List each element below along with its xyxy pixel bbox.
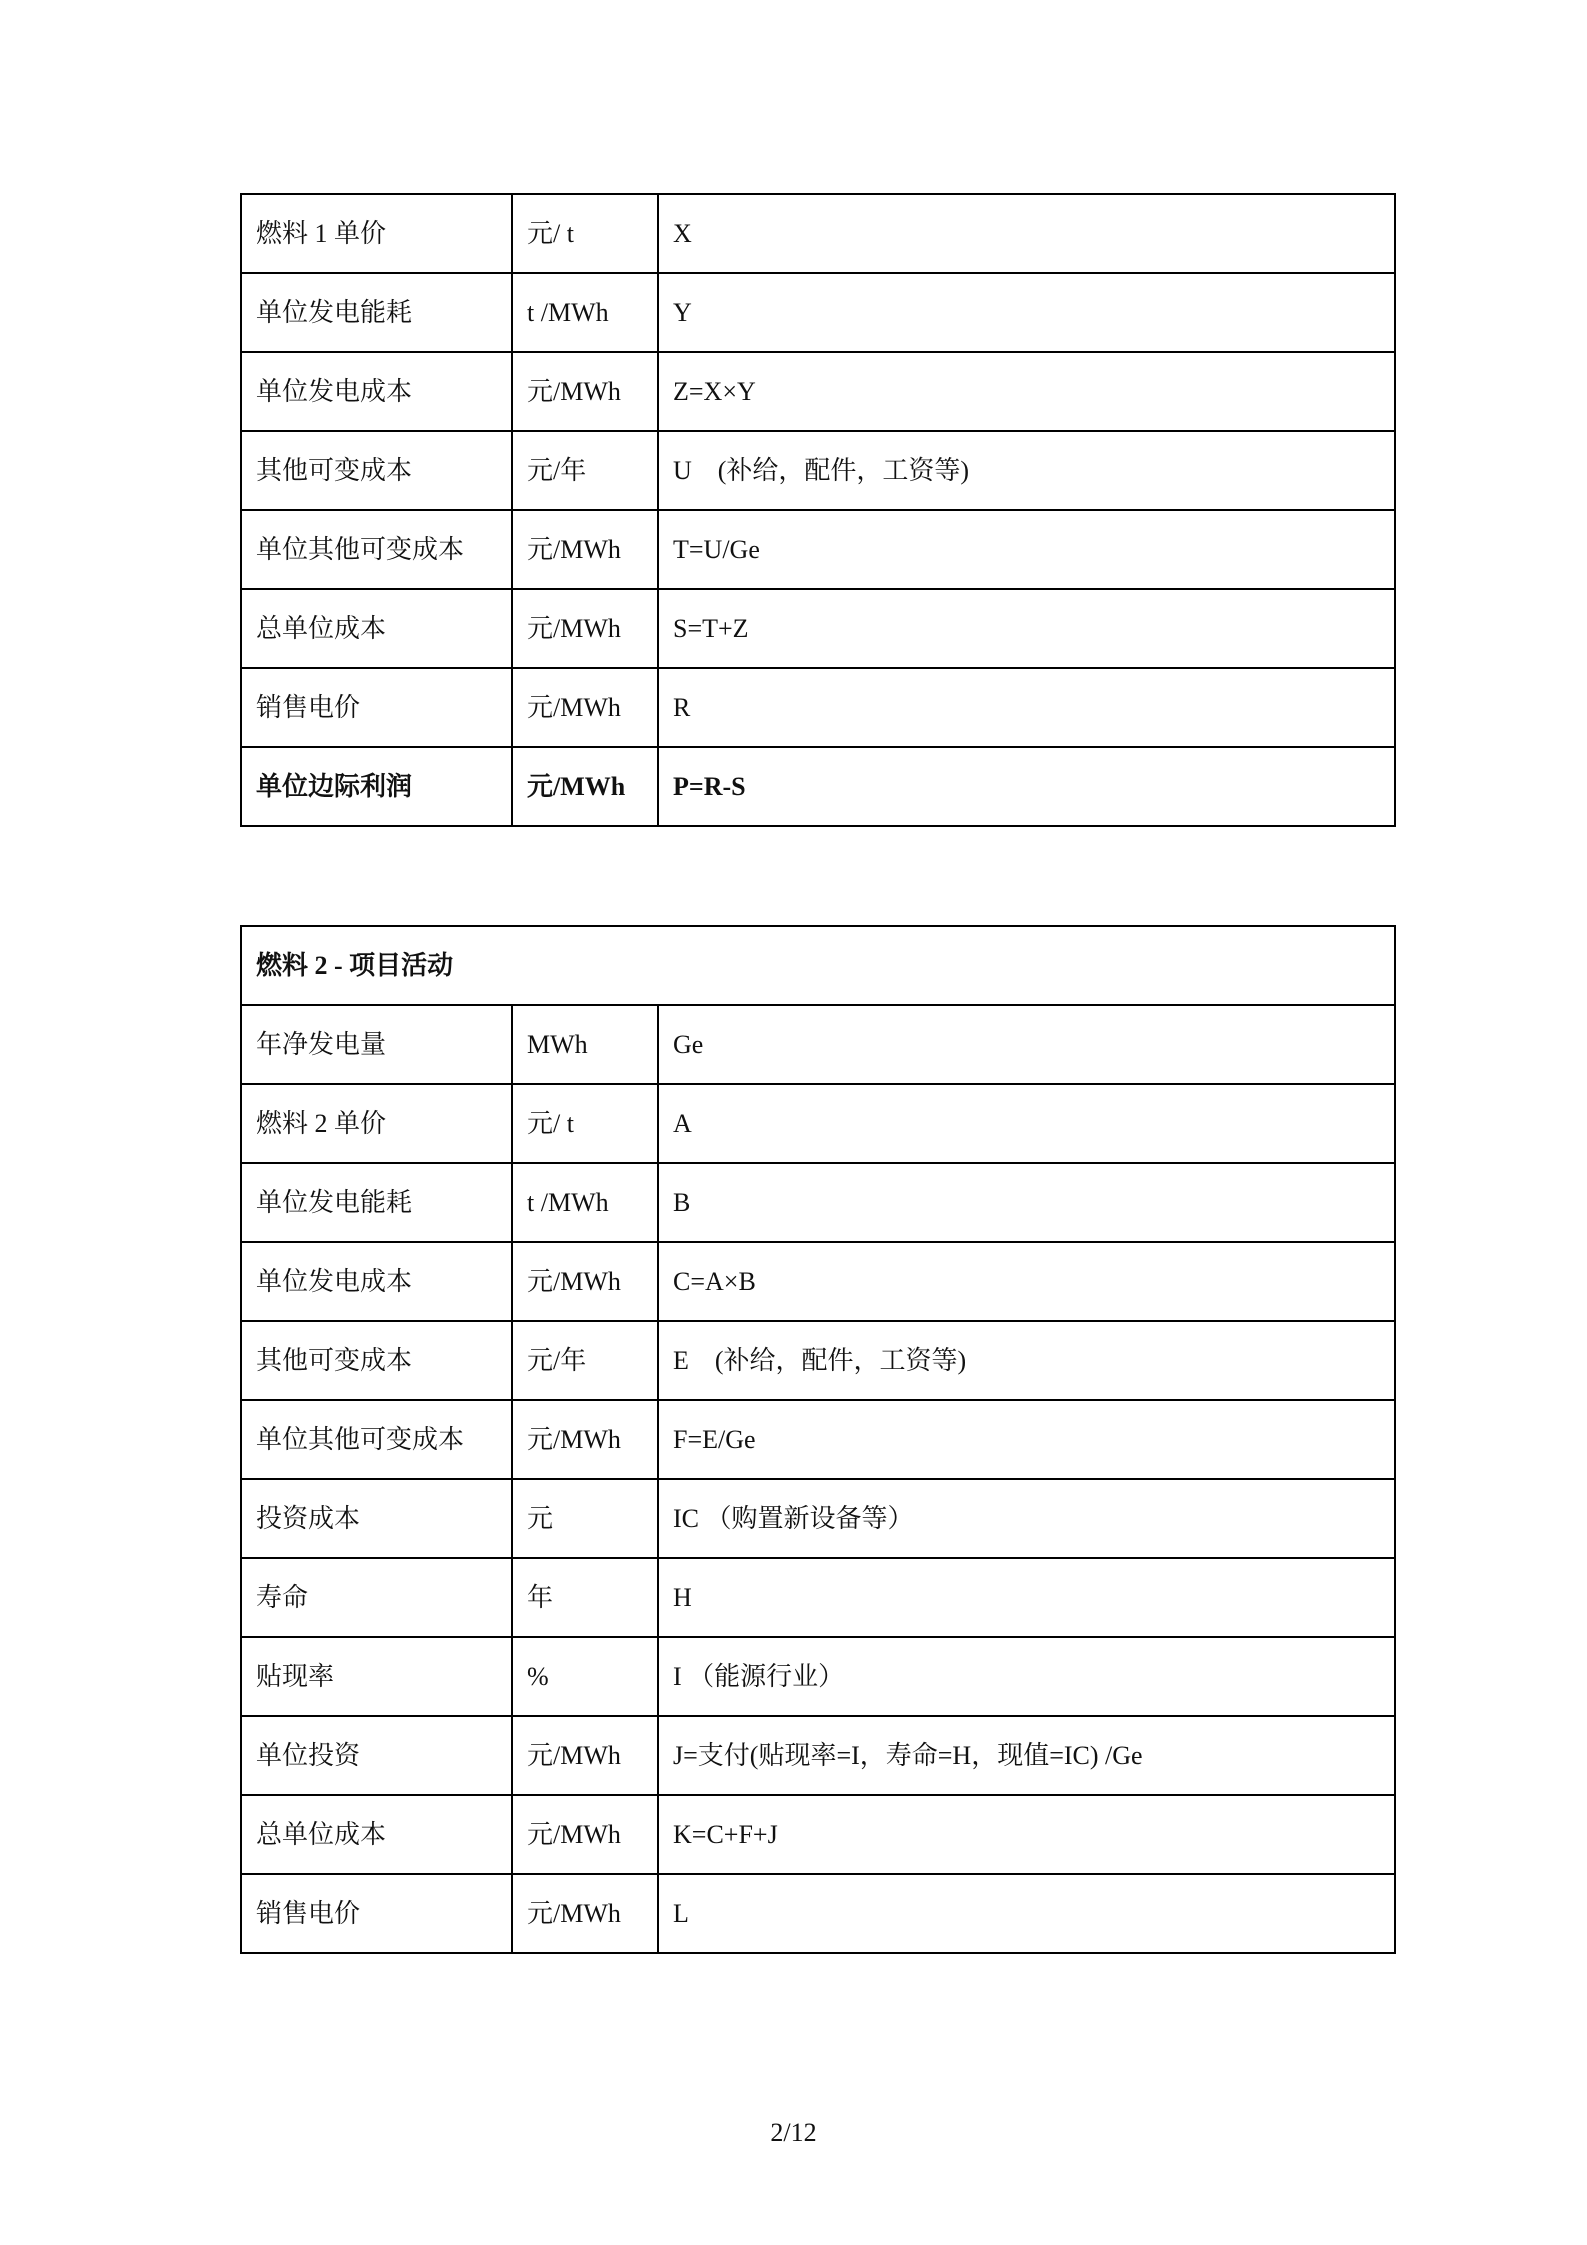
- table-row-marginal-profit: 单位边际利润 元/MWh P=R-S: [241, 747, 1395, 826]
- table-row: 单位发电能耗 t /MWh Y: [241, 273, 1395, 352]
- table-row: 总单位成本 元/MWh S=T+Z: [241, 589, 1395, 668]
- value-cell: H: [658, 1558, 1395, 1637]
- table-row: 销售电价 元/MWh R: [241, 668, 1395, 747]
- item-cell: 年净发电量: [241, 1005, 512, 1084]
- unit-cell: 元/年: [512, 431, 658, 510]
- page-number: 2/12: [0, 2117, 1587, 2149]
- value-cell: C=A×B: [658, 1242, 1395, 1321]
- table-row: 其他可变成本 元/年 E (补给，配件，工资等): [241, 1321, 1395, 1400]
- table-row: 单位其他可变成本 元/MWh T=U/Ge: [241, 510, 1395, 589]
- item-cell: 单位投资: [241, 1716, 512, 1795]
- unit-cell: 元/MWh: [512, 1242, 658, 1321]
- unit-cell: 元/MWh: [512, 668, 658, 747]
- item-cell: 寿命: [241, 1558, 512, 1637]
- item-cell: 燃料 1 单价: [241, 194, 512, 273]
- item-cell: 单位其他可变成本: [241, 1400, 512, 1479]
- value-cell: Y: [658, 273, 1395, 352]
- item-cell: 总单位成本: [241, 589, 512, 668]
- unit-cell: 元/MWh: [512, 589, 658, 668]
- value-cell: Z=X×Y: [658, 352, 1395, 431]
- value-cell: P=R-S: [658, 747, 1395, 826]
- item-cell: 总单位成本: [241, 1795, 512, 1874]
- item-cell: 销售电价: [241, 1874, 512, 1953]
- table-row: 单位投资 元/MWh J=支付(贴现率=I，寿命=H，现值=IC) /Ge: [241, 1716, 1395, 1795]
- table-row: 单位发电能耗 t /MWh B: [241, 1163, 1395, 1242]
- unit-cell: 元/MWh: [512, 352, 658, 431]
- value-cell: T=U/Ge: [658, 510, 1395, 589]
- table-row: 投资成本 元 IC （购置新设备等）: [241, 1479, 1395, 1558]
- unit-cell: t /MWh: [512, 273, 658, 352]
- table-header-row: 燃料 2 - 项目活动: [241, 926, 1395, 1005]
- item-cell: 其他可变成本: [241, 1321, 512, 1400]
- item-cell: 单位发电能耗: [241, 273, 512, 352]
- table-row: 贴现率 % I （能源行业）: [241, 1637, 1395, 1716]
- value-cell: R: [658, 668, 1395, 747]
- table-row: 单位发电成本 元/MWh Z=X×Y: [241, 352, 1395, 431]
- item-cell: 贴现率: [241, 1637, 512, 1716]
- item-cell: 燃料 2 单价: [241, 1084, 512, 1163]
- unit-cell: 元/年: [512, 1321, 658, 1400]
- value-cell: L: [658, 1874, 1395, 1953]
- value-cell: E (补给，配件，工资等): [658, 1321, 1395, 1400]
- unit-cell: t /MWh: [512, 1163, 658, 1242]
- unit-cell: 元: [512, 1479, 658, 1558]
- value-cell: IC （购置新设备等）: [658, 1479, 1395, 1558]
- table-row: 燃料 1 单价 元/ t X: [241, 194, 1395, 273]
- item-cell: 单位发电成本: [241, 1242, 512, 1321]
- value-cell: F=E/Ge: [658, 1400, 1395, 1479]
- item-cell: 销售电价: [241, 668, 512, 747]
- section-header: 燃料 2 - 项目活动: [241, 926, 1395, 1005]
- unit-cell: 元/MWh: [512, 510, 658, 589]
- value-cell: A: [658, 1084, 1395, 1163]
- unit-cell: 元/ t: [512, 194, 658, 273]
- table-row: 寿命 年 H: [241, 1558, 1395, 1637]
- table-row: 其他可变成本 元/年 U (补给，配件，工资等): [241, 431, 1395, 510]
- unit-cell: 年: [512, 1558, 658, 1637]
- fuel2-project-activity-table: 燃料 2 - 项目活动 年净发电量 MWh Ge 燃料 2 单价 元/ t A …: [240, 925, 1396, 1954]
- value-cell: I （能源行业）: [658, 1637, 1395, 1716]
- table-row: 燃料 2 单价 元/ t A: [241, 1084, 1395, 1163]
- unit-cell: 元/MWh: [512, 747, 658, 826]
- unit-cell: MWh: [512, 1005, 658, 1084]
- item-cell: 单位发电成本: [241, 352, 512, 431]
- unit-cell: %: [512, 1637, 658, 1716]
- value-cell: J=支付(贴现率=I，寿命=H，现值=IC) /Ge: [658, 1716, 1395, 1795]
- item-cell: 单位边际利润: [241, 747, 512, 826]
- fuel1-cost-table: 燃料 1 单价 元/ t X 单位发电能耗 t /MWh Y 单位发电成本 元/…: [240, 193, 1396, 827]
- value-cell: B: [658, 1163, 1395, 1242]
- value-cell: Ge: [658, 1005, 1395, 1084]
- unit-cell: 元/MWh: [512, 1795, 658, 1874]
- table-row: 单位其他可变成本 元/MWh F=E/Ge: [241, 1400, 1395, 1479]
- value-cell: U (补给，配件，工资等): [658, 431, 1395, 510]
- unit-cell: 元/MWh: [512, 1874, 658, 1953]
- table-row: 单位发电成本 元/MWh C=A×B: [241, 1242, 1395, 1321]
- table-row: 销售电价 元/MWh L: [241, 1874, 1395, 1953]
- item-cell: 单位发电能耗: [241, 1163, 512, 1242]
- item-cell: 投资成本: [241, 1479, 512, 1558]
- unit-cell: 元/MWh: [512, 1400, 658, 1479]
- item-cell: 其他可变成本: [241, 431, 512, 510]
- item-cell: 单位其他可变成本: [241, 510, 512, 589]
- value-cell: X: [658, 194, 1395, 273]
- unit-cell: 元/MWh: [512, 1716, 658, 1795]
- table-row: 总单位成本 元/MWh K=C+F+J: [241, 1795, 1395, 1874]
- value-cell: K=C+F+J: [658, 1795, 1395, 1874]
- value-cell: S=T+Z: [658, 589, 1395, 668]
- table-row: 年净发电量 MWh Ge: [241, 1005, 1395, 1084]
- unit-cell: 元/ t: [512, 1084, 658, 1163]
